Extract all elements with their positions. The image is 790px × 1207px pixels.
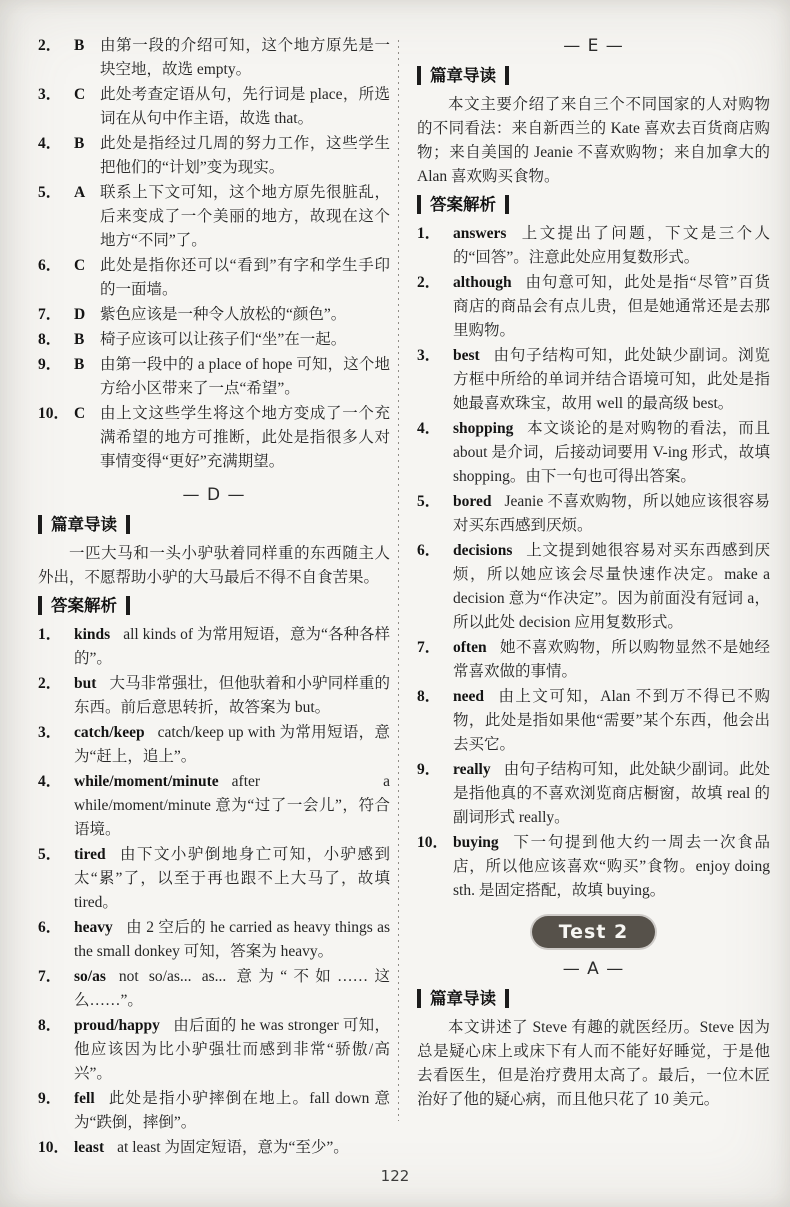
item-number: 5． bbox=[38, 843, 74, 915]
intro-label: 篇章导读 bbox=[417, 988, 770, 1012]
fill-item: 9． really由句子结构可知，此处缺少副词。此处是指他真的不喜欢浏览商店橱窗… bbox=[417, 758, 770, 830]
fill-text: 由上文可知，Alan 不到万不得已不购物，此处是指如果他“需要”某个东西，他会出… bbox=[453, 688, 770, 753]
item-number: 4． bbox=[38, 132, 74, 180]
answer-letter: A bbox=[74, 181, 100, 253]
fill-explanation: catch/keepcatch/keep up with 为常用短语，意为“赶上… bbox=[74, 721, 390, 769]
item-number: 3． bbox=[38, 721, 74, 769]
test-2-badge: Test 2 bbox=[532, 916, 656, 948]
fill-word: although bbox=[453, 274, 525, 291]
item-number: 4． bbox=[417, 417, 453, 489]
intro-paragraph: 本文主要介绍了来自三个不同国家的人对购物的不同看法：来自新西兰的 Kate 喜欢… bbox=[417, 93, 770, 189]
intro-label-text: 篇章导读 bbox=[417, 66, 509, 85]
fill-item: 2． but大马非常强壮，但他驮着和小驴同样重的东西。前后意思转折，故答案为 b… bbox=[38, 672, 390, 720]
answer-letter: C bbox=[74, 402, 100, 474]
answer-letter: B bbox=[74, 328, 100, 352]
answer-letter: D bbox=[74, 303, 100, 327]
item-number: 10． bbox=[38, 402, 74, 474]
answer-explanation: 紫色应该是一种令人放松的“颜色”。 bbox=[100, 303, 390, 327]
item-number: 5． bbox=[38, 181, 74, 253]
answer-explanation: 此处是指你还可以“看到”有字和学生手印的一面墙。 bbox=[100, 254, 390, 302]
column-divider-dotted-line bbox=[398, 40, 399, 1121]
intro-label: 篇章导读 bbox=[38, 514, 390, 538]
fill-text: 她不喜欢购物，所以购物显然不是她经常喜欢做的事情。 bbox=[453, 639, 770, 680]
fill-word: often bbox=[453, 639, 500, 656]
fill-word: so/as bbox=[74, 968, 119, 985]
fill-text: 由下文小驴倒地身亡可知，小驴感到太“累”了，以至于再也跟不上大马了，故填 tir… bbox=[74, 846, 390, 911]
answer-explanation: 此处是指经过几周的努力工作，这些学生把他们的“计划”变为现实。 bbox=[100, 132, 390, 180]
answer-item: 3． C 此处考查定语从句，先行词是 place，所选词在从句中作主语，故选 t… bbox=[38, 83, 390, 131]
fill-item: 4． while/moment/minuteafter a while/mome… bbox=[38, 770, 390, 842]
fill-explanation: proud/happy由后面的 he was stronger 可知，他应该因为… bbox=[74, 1014, 390, 1086]
fill-item: 10． buying下一句提到他大约一周去一次食品店，所以他应该喜欢“购买”食物… bbox=[417, 831, 770, 903]
item-number: 7． bbox=[38, 965, 74, 1013]
answer-item: 2． B 由第一段的介绍可知，这个地方原先是一块空地，故选 empty。 bbox=[38, 34, 390, 82]
fill-explanation: often她不喜欢购物，所以购物显然不是她经常喜欢做的事情。 bbox=[453, 636, 770, 684]
fill-text: 此处是指小驴摔倒在地上。fall down 意为“跌倒，摔倒”。 bbox=[74, 1090, 390, 1131]
answer-item: 10． C 由上文这些学生将这个地方变成了一个充满希望的地方可推断，此处是指很多… bbox=[38, 402, 390, 474]
fill-word: fell bbox=[74, 1090, 108, 1107]
fill-word: but bbox=[74, 675, 109, 692]
item-number: 10． bbox=[417, 831, 453, 903]
item-number: 10． bbox=[38, 1136, 74, 1160]
fill-explanation: tired由下文小驴倒地身亡可知，小驴感到太“累”了，以至于再也跟不上大马了，故… bbox=[74, 843, 390, 915]
book-page: 2． B 由第一段的介绍可知，这个地方原先是一块空地，故选 empty。 3． … bbox=[0, 0, 790, 1207]
answer-item: 6． C 此处是指你还可以“看到”有字和学生手印的一面墙。 bbox=[38, 254, 390, 302]
fill-explanation: although由句意可知，此处是指“尽管”百货商店的商品会有点儿贵，但是她通常… bbox=[453, 271, 770, 343]
fill-explanation: shopping本文谈论的是对购物的看法，而且 about 是介词，后接动词要用… bbox=[453, 417, 770, 489]
right-column: — E — 篇章导读 本文主要介绍了来自三个不同国家的人对购物的不同看法：来自新… bbox=[403, 34, 770, 1161]
item-number: 6． bbox=[38, 254, 74, 302]
fill-item: 6． heavy由 2 空后的 he carried as heavy thin… bbox=[38, 916, 390, 964]
fill-word: least bbox=[74, 1139, 117, 1156]
answer-letter: B bbox=[74, 353, 100, 401]
item-number: 8． bbox=[417, 685, 453, 757]
analysis-label: 答案解析 bbox=[38, 595, 390, 619]
answer-explanation: 由第一段的介绍可知，这个地方原先是一块空地，故选 empty。 bbox=[100, 34, 390, 82]
fill-item: 9． fell此处是指小驴摔倒在地上。fall down 意为“跌倒，摔倒”。 bbox=[38, 1087, 390, 1135]
fill-item: 1． answers上文提出了问题，下文是三个人的“回答”。注意此处应用复数形式… bbox=[417, 222, 770, 270]
answer-explanation: 椅子应该可以让孩子们“坐”在一起。 bbox=[100, 328, 390, 352]
item-number: 2． bbox=[38, 34, 74, 82]
fill-word: kinds bbox=[74, 626, 123, 643]
fill-item: 3． catch/keepcatch/keep up with 为常用短语，意为… bbox=[38, 721, 390, 769]
item-number: 8． bbox=[38, 1014, 74, 1086]
fill-item: 5． boredJeanie 不喜欢购物，所以她应该很容易对买东西感到厌烦。 bbox=[417, 490, 770, 538]
fill-explanation: really由句子结构可知，此处缺少副词。此处是指他真的不喜欢浏览商店橱窗，故填… bbox=[453, 758, 770, 830]
fill-word: buying bbox=[453, 834, 512, 851]
analysis-label: 答案解析 bbox=[417, 194, 770, 218]
answer-letter: C bbox=[74, 83, 100, 131]
answer-letter: B bbox=[74, 132, 100, 180]
fill-explanation: fell此处是指小驴摔倒在地上。fall down 意为“跌倒，摔倒”。 bbox=[74, 1087, 390, 1135]
fill-explanation: best由句子结构可知，此处缺少副词。浏览方框中所给的单词并结合语境可知，此处是… bbox=[453, 344, 770, 416]
answer-item: 8． B 椅子应该可以让孩子们“坐”在一起。 bbox=[38, 328, 390, 352]
answer-letter: B bbox=[74, 34, 100, 82]
page-number: 122 bbox=[0, 1167, 790, 1185]
answer-explanation: 由第一段中的 a place of hope 可知，这个地方给小区带来了一点“希… bbox=[100, 353, 390, 401]
fill-word: need bbox=[453, 688, 497, 705]
fill-item: 7． so/asnot so/as... as... 意为“不如……这么……”。 bbox=[38, 965, 390, 1013]
item-number: 9． bbox=[38, 1087, 74, 1135]
fill-word: proud/happy bbox=[74, 1017, 173, 1034]
fill-explanation: buying下一句提到他大约一周去一次食品店，所以他应该喜欢“购买”食物。enj… bbox=[453, 831, 770, 903]
fill-word: decisions bbox=[453, 542, 525, 559]
item-number: 2． bbox=[417, 271, 453, 343]
fill-word: answers bbox=[453, 225, 519, 242]
fill-explanation: heavy由 2 空后的 he carried as heavy things … bbox=[74, 916, 390, 964]
section-header-a: — A — bbox=[417, 957, 770, 981]
fill-item: 4． shopping本文谈论的是对购物的看法，而且 about 是介词，后接动… bbox=[417, 417, 770, 489]
section-header-e: — E — bbox=[417, 34, 770, 58]
fill-item: 1． kindsall kinds of 为常用短语，意为“各种各样的”。 bbox=[38, 623, 390, 671]
fill-text: 大马非常强壮，但他驮着和小驴同样重的东西。前后意思转折，故答案为 but。 bbox=[74, 675, 390, 716]
intro-paragraph: 一匹大马和一头小驴驮着同样重的东西随主人外出，不愿帮助小驴的大马最后不得不自食苦… bbox=[38, 542, 390, 590]
analysis-label-text: 答案解析 bbox=[38, 596, 130, 615]
fill-text: 由句子结构可知，此处缺少副词。浏览方框中所给的单词并结合语境可知，此处是指她最喜… bbox=[453, 347, 770, 412]
item-number: 7． bbox=[417, 636, 453, 684]
answer-item: 5． A 联系上下文可知，这个地方原先很脏乱，后来变成了一个美丽的地方，故现在这… bbox=[38, 181, 390, 253]
left-column: 2． B 由第一段的介绍可知，这个地方原先是一块空地，故选 empty。 3． … bbox=[38, 34, 398, 1161]
item-number: 3． bbox=[417, 344, 453, 416]
fill-text: at least 为固定短语，意为“至少”。 bbox=[117, 1139, 349, 1156]
fill-explanation: while/moment/minuteafter a while/moment/… bbox=[74, 770, 390, 842]
fill-item: 8． need由上文可知，Alan 不到万不得已不购物，此处是指如果他“需要”某… bbox=[417, 685, 770, 757]
fill-explanation: need由上文可知，Alan 不到万不得已不购物，此处是指如果他“需要”某个东西… bbox=[453, 685, 770, 757]
fill-word: really bbox=[453, 761, 504, 778]
fill-word: catch/keep bbox=[74, 724, 158, 741]
fill-item: 10． leastat least 为固定短语，意为“至少”。 bbox=[38, 1136, 390, 1160]
fill-explanation: answers上文提出了问题，下文是三个人的“回答”。注意此处应用复数形式。 bbox=[453, 222, 770, 270]
two-column-layout: 2． B 由第一段的介绍可知，这个地方原先是一块空地，故选 empty。 3． … bbox=[0, 0, 790, 1161]
item-number: 3． bbox=[38, 83, 74, 131]
answer-item: 9． B 由第一段中的 a place of hope 可知，这个地方给小区带来… bbox=[38, 353, 390, 401]
answer-explanation: 此处考查定语从句，先行词是 place，所选词在从句中作主语，故选 that。 bbox=[100, 83, 390, 131]
item-number: 1． bbox=[38, 623, 74, 671]
fill-word: tired bbox=[74, 846, 119, 863]
item-number: 4． bbox=[38, 770, 74, 842]
intro-label: 篇章导读 bbox=[417, 65, 770, 89]
test-badge-container: Test 2 bbox=[417, 916, 770, 948]
item-number: 7． bbox=[38, 303, 74, 327]
fill-word: while/moment/minute bbox=[74, 773, 232, 790]
item-number: 6． bbox=[417, 539, 453, 635]
fill-word: bored bbox=[453, 493, 504, 510]
fill-word: best bbox=[453, 347, 493, 364]
fill-word: shopping bbox=[453, 420, 526, 437]
item-number: 1． bbox=[417, 222, 453, 270]
answer-explanation: 联系上下文可知，这个地方原先很脏乱，后来变成了一个美丽的地方，故现在这个地方“不… bbox=[100, 181, 390, 253]
item-number: 2． bbox=[38, 672, 74, 720]
fill-explanation: kindsall kinds of 为常用短语，意为“各种各样的”。 bbox=[74, 623, 390, 671]
fill-explanation: leastat least 为固定短语，意为“至少”。 bbox=[74, 1136, 390, 1160]
fill-explanation: boredJeanie 不喜欢购物，所以她应该很容易对买东西感到厌烦。 bbox=[453, 490, 770, 538]
intro-label-text: 篇章导读 bbox=[38, 515, 130, 534]
intro-paragraph: 本文讲述了 Steve 有趣的就医经历。Steve 因为总是疑心床上或床下有人而… bbox=[417, 1016, 770, 1112]
fill-item: 5． tired由下文小驴倒地身亡可知，小驴感到太“累”了，以至于再也跟不上大马… bbox=[38, 843, 390, 915]
fill-explanation: but大马非常强壮，但他驮着和小驴同样重的东西。前后意思转折，故答案为 but。 bbox=[74, 672, 390, 720]
fill-item: 3． best由句子结构可知，此处缺少副词。浏览方框中所给的单词并结合语境可知，… bbox=[417, 344, 770, 416]
fill-explanation: decisions上文提到她很容易对买东西感到厌烦，所以她应该会尽量快速作决定。… bbox=[453, 539, 770, 635]
fill-text: not so/as... as... 意为“不如……这么……”。 bbox=[74, 968, 390, 1009]
fill-item: 6． decisions上文提到她很容易对买东西感到厌烦，所以她应该会尽量快速作… bbox=[417, 539, 770, 635]
section-header-d: — D — bbox=[38, 483, 390, 507]
fill-item: 7． often她不喜欢购物，所以购物显然不是她经常喜欢做的事情。 bbox=[417, 636, 770, 684]
intro-label-text: 篇章导读 bbox=[417, 989, 509, 1008]
fill-word: heavy bbox=[74, 919, 126, 936]
analysis-label-text: 答案解析 bbox=[417, 195, 509, 214]
item-number: 6． bbox=[38, 916, 74, 964]
answer-item: 4． B 此处是指经过几周的努力工作，这些学生把他们的“计划”变为现实。 bbox=[38, 132, 390, 180]
answer-letter: C bbox=[74, 254, 100, 302]
fill-item: 8． proud/happy由后面的 he was stronger 可知，他应… bbox=[38, 1014, 390, 1086]
item-number: 5． bbox=[417, 490, 453, 538]
answer-explanation: 由上文这些学生将这个地方变成了一个充满希望的地方可推断，此处是指很多人对事情变得… bbox=[100, 402, 390, 474]
fill-item: 2． although由句意可知，此处是指“尽管”百货商店的商品会有点儿贵，但是… bbox=[417, 271, 770, 343]
item-number: 9． bbox=[38, 353, 74, 401]
fill-explanation: so/asnot so/as... as... 意为“不如……这么……”。 bbox=[74, 965, 390, 1013]
item-number: 9． bbox=[417, 758, 453, 830]
item-number: 8． bbox=[38, 328, 74, 352]
answer-item: 7． D 紫色应该是一种令人放松的“颜色”。 bbox=[38, 303, 390, 327]
